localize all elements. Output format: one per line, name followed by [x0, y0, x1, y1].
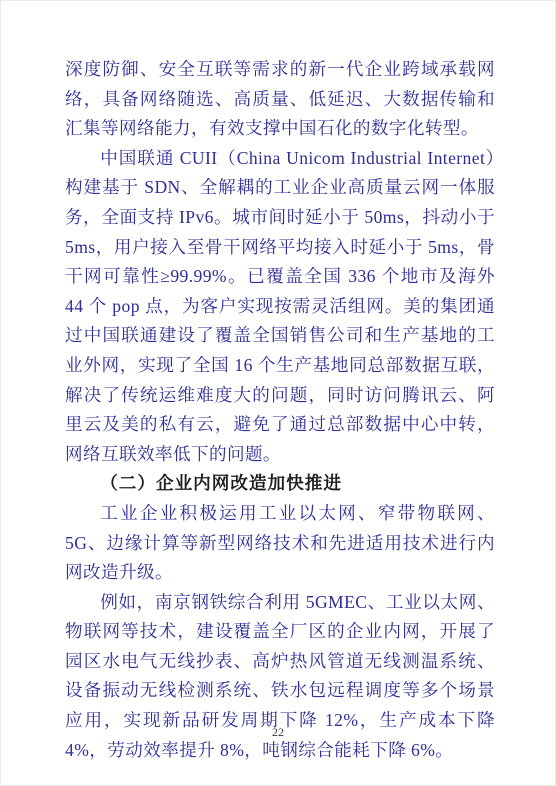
page-number: 22: [272, 725, 284, 739]
paragraph: 深度防御、安全互联等需求的新一代企业跨域承载网络，具备网络随选、高质量、低延迟、…: [65, 55, 495, 144]
paragraph: 工业企业积极运用工业以太网、窄带物联网、5G、边缘计算等新型网络技术和先进适用技…: [65, 499, 495, 588]
paragraph: 中国联通 CUII（China Unicom Industrial Intern…: [65, 144, 495, 470]
document-page: 深度防御、安全互联等需求的新一代企业跨域承载网络，具备网络随选、高质量、低延迟、…: [0, 0, 556, 786]
page-footer: 22: [1, 723, 555, 741]
document-body: 深度防御、安全互联等需求的新一代企业跨域承载网络，具备网络随选、高质量、低延迟、…: [65, 55, 495, 765]
section-heading: （二）企业内网改造加快推进: [65, 469, 495, 499]
